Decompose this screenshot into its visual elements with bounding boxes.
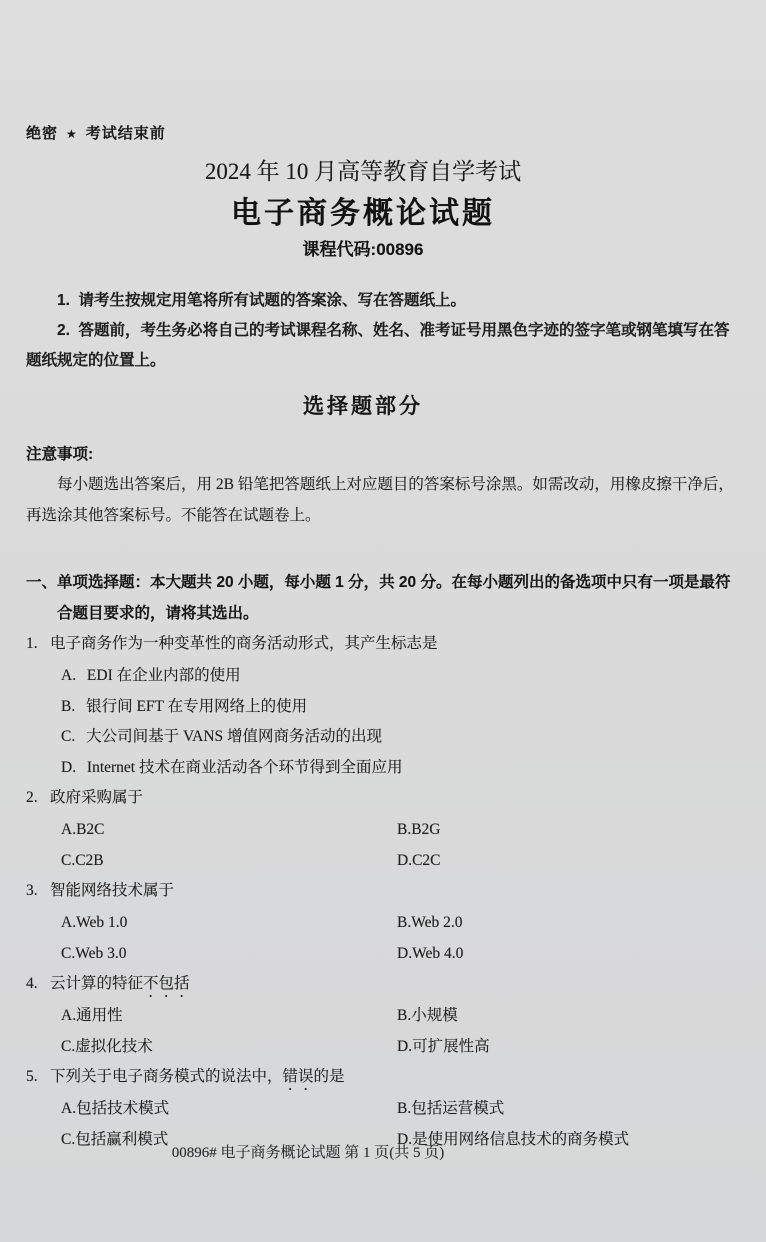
option-c: C.C2B <box>26 846 362 877</box>
option-b: B.Web 2.0 <box>362 908 463 939</box>
option-c: C.虚拟化技术 <box>26 1032 362 1063</box>
option-label: D. <box>397 852 412 869</box>
question-block-5: 5.下列关于电子商务模式的说法中，错误的是 A.包括技术模式 B.包括运营模式 … <box>26 1062 740 1155</box>
question-stem: 4.云计算的特征不包括 <box>26 969 740 1001</box>
option-text: Web 3.0 <box>75 945 126 962</box>
option-d: D.C2C <box>362 846 441 877</box>
option-text: 银行间 EFT 在专用网络上的使用 <box>86 698 307 715</box>
option-row: A.B2C B.B2G <box>26 815 740 846</box>
option-c: C.Web 3.0 <box>26 939 362 970</box>
security-label: 绝密 <box>26 125 58 142</box>
option-label: B. <box>397 1100 411 1117</box>
option-label: C. <box>61 1038 75 1055</box>
option-text: Web 1.0 <box>76 914 127 931</box>
option-text: 虚拟化技术 <box>75 1038 153 1055</box>
stem-text-post: 的是 <box>314 1068 345 1085</box>
question-stem: 5.下列关于电子商务模式的说法中，错误的是 <box>26 1062 740 1094</box>
stem-emphasis: 错误 <box>283 1068 314 1085</box>
course-code: 课程代码:00896 <box>26 238 740 262</box>
option-b: B.银行间 EFT 在专用网络上的使用 <box>26 692 740 723</box>
option-text: Internet 技术在商业活动各个环节得到全面应用 <box>87 759 403 776</box>
option-b: B.包括运营模式 <box>362 1094 504 1125</box>
option-text: B2G <box>411 821 440 838</box>
option-text: Web 4.0 <box>412 945 463 962</box>
question-number: 4. <box>26 975 38 992</box>
option-label: C. <box>61 945 75 962</box>
option-text: 小规模 <box>411 1007 458 1024</box>
option-text: C2C <box>412 852 440 869</box>
question-number: 3. <box>26 882 38 899</box>
option-label: B. <box>397 1007 411 1024</box>
option-a: A.通用性 <box>26 1001 362 1032</box>
option-d: D.Web 4.0 <box>362 939 463 970</box>
option-label: A. <box>61 1007 76 1024</box>
question-list: 1.电子商务作为一种变革性的商务活动形式，其产生标志是 A.EDI 在企业内部的… <box>26 629 740 1155</box>
option-row: C.虚拟化技术 D.可扩展性高 <box>26 1032 740 1063</box>
notes-heading: 注意事项: <box>26 442 740 468</box>
option-label: C. <box>61 728 75 745</box>
option-row: A.包括技术模式 B.包括运营模式 <box>26 1094 740 1125</box>
question-stem: 1.电子商务作为一种变革性的商务活动形式，其产生标志是 <box>26 629 740 661</box>
option-label: A. <box>61 1100 76 1117</box>
option-label: A. <box>61 821 76 838</box>
question-block-1: 1.电子商务作为一种变革性的商务活动形式，其产生标志是 A.EDI 在企业内部的… <box>26 629 740 783</box>
option-c: C.大公司间基于 VANS 增值网商务活动的出现 <box>26 722 740 753</box>
question-block-2: 2.政府采购属于 A.B2C B.B2G C.C2B D.C2C <box>26 783 740 876</box>
option-text: 可扩展性高 <box>412 1038 490 1055</box>
option-row: C.Web 3.0 D.Web 4.0 <box>26 939 740 970</box>
instruction-item-2: 2.答题前，考生务必将自己的考试课程名称、姓名、准考证号用黑色字迹的签字笔或钢笔… <box>26 316 740 376</box>
instruction-number: 2. <box>57 322 70 339</box>
page-content: 绝密★考试结束前 2024 年 10 月高等教育自学考试 电子商务概论试题 课程… <box>0 124 766 1155</box>
option-row: A.Web 1.0 B.Web 2.0 <box>26 908 740 939</box>
instruction-text: 请考生按规定用笔将所有试题的答案涂、写在答题纸上。 <box>78 292 466 309</box>
security-suffix: 考试结束前 <box>86 125 166 142</box>
option-label: A. <box>61 914 76 931</box>
part-one-heading: 一、单项选择题：本大题共 20 小题，每小题 1 分，共 20 分。在每小题列出… <box>26 567 740 629</box>
option-label: D. <box>61 759 76 776</box>
option-a: A.包括技术模式 <box>26 1094 362 1125</box>
instruction-text: 答题前，考生务必将自己的考试课程名称、姓名、准考证号用黑色字迹的签字笔或钢笔填写… <box>26 322 729 369</box>
option-text: C2B <box>75 852 103 869</box>
option-b: B.B2G <box>362 815 441 846</box>
question-block-3: 3.智能网络技术属于 A.Web 1.0 B.Web 2.0 C.Web 3.0… <box>26 876 740 969</box>
question-number: 1. <box>26 635 38 652</box>
instruction-number: 1. <box>57 292 70 309</box>
stem-text: 智能网络技术属于 <box>50 882 174 899</box>
option-row: A.通用性 B.小规模 <box>26 1001 740 1032</box>
stem-text: 政府采购属于 <box>50 789 143 806</box>
option-text: B2C <box>76 821 104 838</box>
part-text: 单项选择题：本大题共 20 小题，每小题 1 分，共 20 分。在每小题列出的备… <box>57 574 730 622</box>
option-text: 大公司间基于 VANS 增值网商务活动的出现 <box>86 728 382 745</box>
part-number: 一、 <box>26 574 57 591</box>
option-b: B.小规模 <box>362 1001 458 1032</box>
instruction-item-1: 1.请考生按规定用笔将所有试题的答案涂、写在答题纸上。 <box>26 286 740 316</box>
option-row: C.C2B D.C2C <box>26 846 740 877</box>
option-d: D.可扩展性高 <box>362 1032 490 1063</box>
option-text: Web 2.0 <box>411 914 462 931</box>
option-label: B. <box>397 821 411 838</box>
option-label: B. <box>397 914 411 931</box>
option-text: 通用性 <box>76 1007 123 1024</box>
page-footer: 00896# 电子商务概论试题 第 1 页(共 5 页) <box>0 1143 766 1163</box>
paper-title: 电子商务概论试题 <box>26 192 740 236</box>
section-title: 选择题部分 <box>26 392 740 422</box>
option-a: A.Web 1.0 <box>26 908 362 939</box>
option-label: D. <box>397 1038 412 1055</box>
option-label: A. <box>61 667 76 684</box>
question-number: 2. <box>26 789 38 806</box>
stem-text: 下列关于电子商务模式的说法中， <box>50 1068 283 1085</box>
option-label: D. <box>397 945 412 962</box>
option-a: A.EDI 在企业内部的使用 <box>26 661 740 692</box>
star-icon: ★ <box>58 127 86 141</box>
question-block-4: 4.云计算的特征不包括 A.通用性 B.小规模 C.虚拟化技术 D.可扩展性高 <box>26 969 740 1062</box>
option-text: 包括运营模式 <box>411 1100 504 1117</box>
option-label: C. <box>61 852 75 869</box>
option-label: B. <box>61 698 75 715</box>
stem-text: 云计算的特征 <box>50 975 143 992</box>
notes-body: 每小题选出答案后，用 2B 铅笔把答题纸上对应题目的答案标号涂黑。如需改动，用橡… <box>26 470 740 531</box>
option-text: EDI 在企业内部的使用 <box>87 667 241 684</box>
option-d: D.Internet 技术在商业活动各个环节得到全面应用 <box>26 753 740 784</box>
exam-paper-page: 绝密★考试结束前 2024 年 10 月高等教育自学考试 电子商务概论试题 课程… <box>0 0 766 1242</box>
instructions: 1.请考生按规定用笔将所有试题的答案涂、写在答题纸上。 2.答题前，考生务必将自… <box>26 286 740 376</box>
option-a: A.B2C <box>26 815 362 846</box>
option-text: 包括技术模式 <box>76 1100 169 1117</box>
stem-emphasis: 不包括 <box>143 975 190 992</box>
stem-text: 电子商务作为一种变革性的商务活动形式，其产生标志是 <box>50 635 438 652</box>
exam-session-title: 2024 年 10 月高等教育自学考试 <box>26 156 740 188</box>
question-stem: 2.政府采购属于 <box>26 783 740 815</box>
question-stem: 3.智能网络技术属于 <box>26 876 740 908</box>
security-notice: 绝密★考试结束前 <box>26 124 740 144</box>
question-number: 5. <box>26 1068 38 1085</box>
